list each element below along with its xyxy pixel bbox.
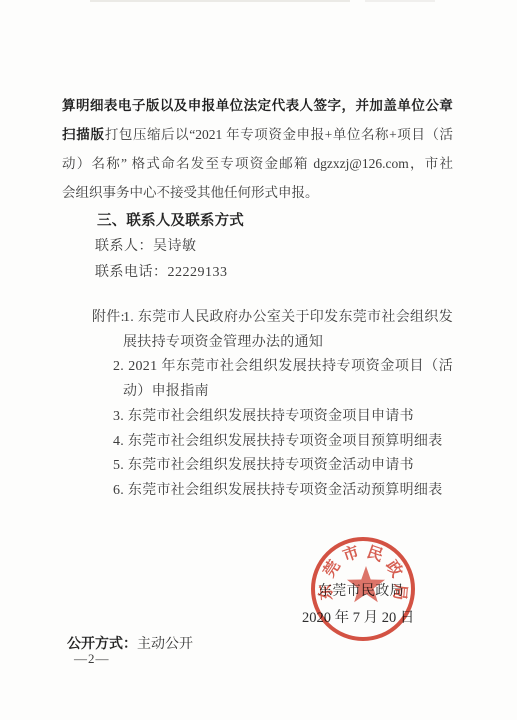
attachments-label: 附件: [92, 306, 125, 326]
issuer-name: 东莞市民政局 [318, 580, 404, 600]
section-heading: 三、联系人及联系方式 [97, 209, 244, 230]
publish-method-value: 主动公开 [137, 637, 193, 652]
seal-arc-char: 民 [365, 543, 386, 565]
body-line-bold-text: 算明细表电子版以及申报单位法定代表人签字，并加盖单位公章 [62, 98, 453, 113]
attachment-line: 4. 东莞市社会组织发展扶持专项资金项目预算明细表 [113, 430, 443, 450]
body-line: 算明细表电子版以及申报单位法定代表人签字，并加盖单位公章 [62, 97, 453, 117]
body-paragraph: 算明细表电子版以及申报单位法定代表人签字，并加盖单位公章扫描版打包压缩后以“20… [62, 97, 453, 217]
publish-method-line: 公开方式：主动公开 [67, 633, 193, 653]
contact-name-label: 联系人： [95, 239, 153, 254]
page-number: —2— [74, 651, 110, 667]
body-line-text: 打包压缩后以“2021 年专项资金申报+单位名称+项目（活 [105, 127, 453, 142]
publish-method-label: 公开方式： [67, 635, 137, 651]
body-line: 动）名称” 格式命名发至专项资金邮箱 dgzxzj@126.com，市社 [62, 155, 453, 175]
body-line: 扫描版打包压缩后以“2021 年专项资金申报+单位名称+项目（活 [62, 126, 453, 146]
attachment-line: 5. 东莞市社会组织发展扶持专项资金活动申请书 [113, 454, 414, 474]
contact-name-line: 联系人：吴诗敏 [95, 235, 197, 255]
seal-arc-char: 市 [340, 542, 361, 565]
contact-phone-label: 联系电话： [95, 265, 168, 280]
scan-artifact [90, 0, 350, 2]
body-line-bold-text: 扫描版 [62, 127, 105, 142]
body-line-text: 动）名称” 格式命名发至专项资金邮箱 dgzxzj@126.com，市社 [62, 156, 453, 171]
attachment-line: 动）申报指南 [123, 380, 209, 400]
attachment-line: 3. 东莞市社会组织发展扶持专项资金项目申请书 [113, 405, 414, 425]
attachment-line: 2. 2021 年东莞市社会组织发展扶持专项资金项目（活 [113, 355, 453, 375]
body-line-text: 会组织事务中心不接受其他任何形式申报。 [62, 185, 319, 200]
attachment-line: 6. 东莞市社会组织发展扶持专项资金活动预算明细表 [113, 479, 443, 499]
contact-name-value: 吴诗敏 [153, 239, 197, 254]
signature-date: 2020 年 7 月 20 日 [302, 606, 414, 627]
attachment-line: 1. 东莞市人民政府办公室关于印发东莞市社会组织发 [123, 306, 453, 326]
scan-artifact [365, 0, 435, 2]
body-line: 会组织事务中心不接受其他任何形式申报。 [62, 184, 453, 204]
attachment-line: 展扶持专项资金管理办法的通知 [123, 331, 323, 351]
seal-arc-char: 莞 [319, 557, 344, 581]
seal-arc-char: 政 [382, 557, 407, 581]
contact-phone-value: 22229133 [168, 265, 228, 280]
contact-phone-line: 联系电话：22229133 [95, 261, 228, 281]
document-page: 算明细表电子版以及申报单位法定代表人签字，并加盖单位公章扫描版打包压缩后以“20… [0, 0, 517, 720]
